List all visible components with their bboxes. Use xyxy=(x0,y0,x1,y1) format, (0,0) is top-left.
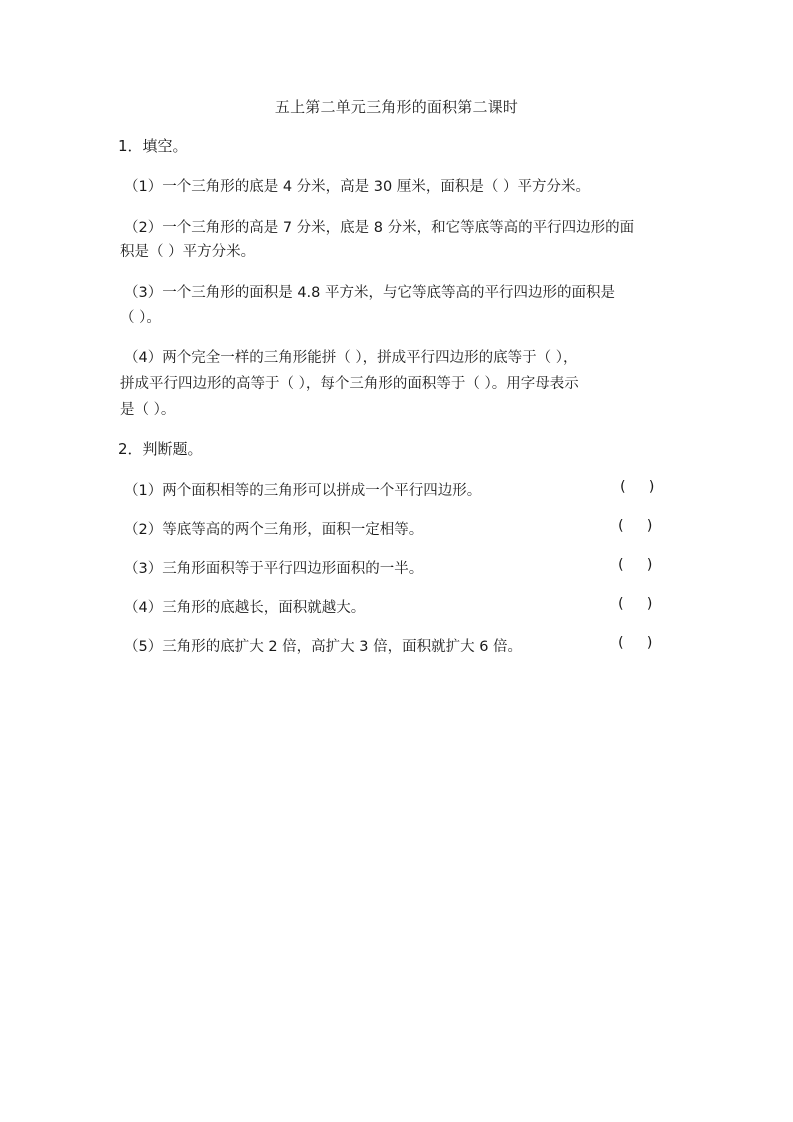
true-false-question-4: （4）三角形的底越长，面积就越大。 ( ) xyxy=(124,596,664,616)
question-text: （2）等底等高的两个三角形，面积一定相等。 xyxy=(124,518,423,539)
question-text: （5）三角形的底扩大 2 倍，高扩大 3 倍，面积就扩大 6 倍。 xyxy=(124,635,522,656)
true-false-question-3: （3）三角形面积等于平行四边形面积的一半。 ( ) xyxy=(124,557,664,577)
section-heading-true-false: 2．判断题。 xyxy=(118,438,203,459)
page-title: 五上第二单元三角形的面积第二课时 xyxy=(0,96,793,117)
fill-blank-question-2-line-2: 积是（ ）平方分米。 xyxy=(120,240,255,261)
answer-bracket: ( ) xyxy=(618,635,652,651)
fill-blank-question-1: （1）一个三角形的底是 4 分米，高是 30 厘米，面积是（ ）平方分米。 xyxy=(124,175,590,196)
question-text: （3）三角形面积等于平行四边形面积的一半。 xyxy=(124,557,423,578)
answer-bracket: ( ) xyxy=(618,518,652,534)
true-false-question-2: （2）等底等高的两个三角形，面积一定相等。 ( ) xyxy=(124,518,664,538)
fill-blank-question-3-line-1: （3）一个三角形的面积是 4.8 平方米，与它等底等高的平行四边形的面积是 xyxy=(124,281,615,302)
question-text: （4）三角形的底越长，面积就越大。 xyxy=(124,596,365,617)
question-text: （1）两个面积相等的三角形可以拼成一个平行四边形。 xyxy=(124,479,481,500)
fill-blank-question-4-line-3: 是（ ）。 xyxy=(120,398,175,419)
fill-blank-question-4-line-2: 拼成平行四边形的高等于（ ），每个三角形的面积等于（ ）。用字母表示 xyxy=(120,372,579,393)
answer-bracket: ( ) xyxy=(618,596,652,612)
true-false-question-5: （5）三角形的底扩大 2 倍，高扩大 3 倍，面积就扩大 6 倍。 ( ) xyxy=(124,635,664,655)
fill-blank-question-2-line-1: （2）一个三角形的高是 7 分米，底是 8 分米，和它等底等高的平行四边形的面 xyxy=(124,216,634,237)
answer-bracket: ( ) xyxy=(618,557,652,573)
answer-bracket: ( ) xyxy=(620,479,654,495)
fill-blank-question-3-line-2: （ ）。 xyxy=(120,306,161,327)
section-heading-fill-blank: 1．填空。 xyxy=(118,135,188,156)
true-false-question-1: （1）两个面积相等的三角形可以拼成一个平行四边形。 ( ) xyxy=(124,479,664,499)
fill-blank-question-4-line-1: （4）两个完全一样的三角形能拼（ ），拼成平行四边形的底等于（ ）， xyxy=(124,346,577,367)
document-page: 五上第二单元三角形的面积第二课时 1．填空。 （1）一个三角形的底是 4 分米，… xyxy=(0,0,793,1122)
